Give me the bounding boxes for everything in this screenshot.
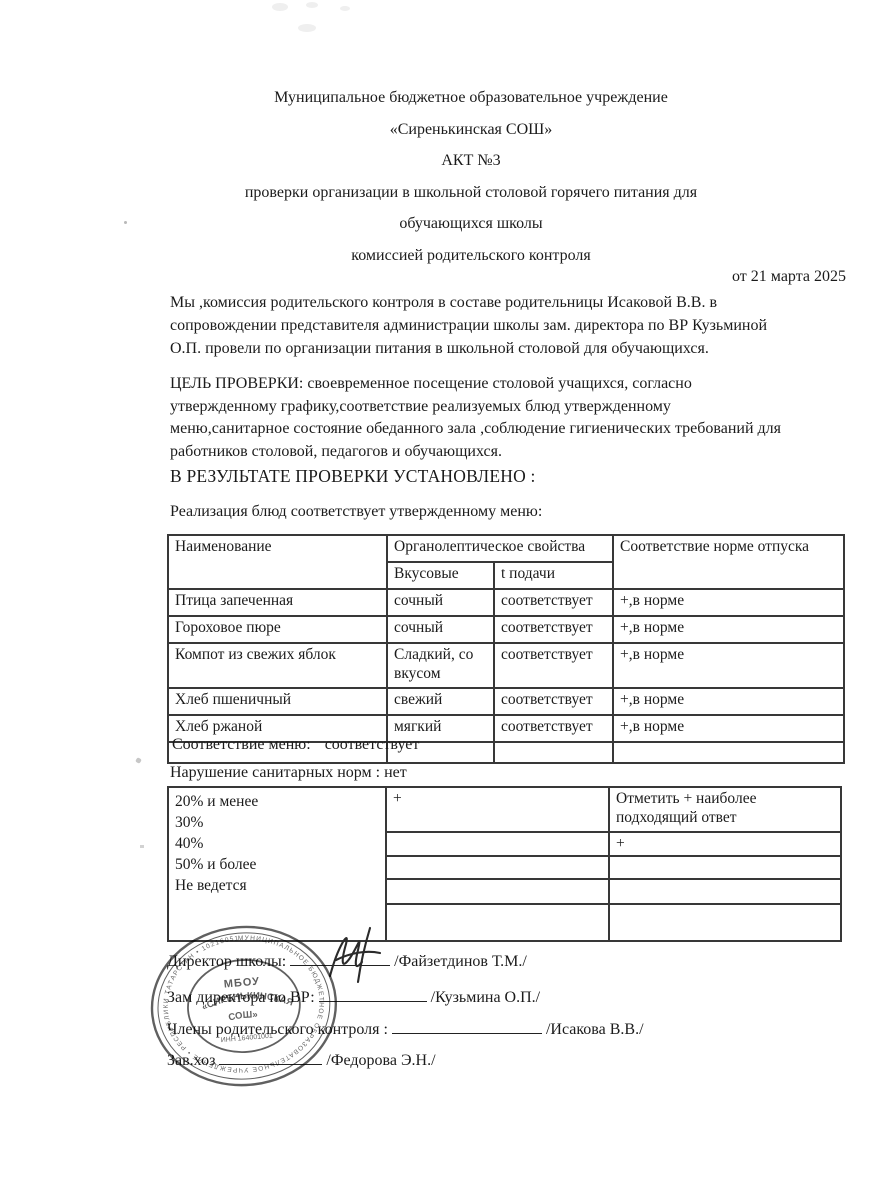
norm-cell: +,в норме — [613, 589, 844, 616]
scan-smudge — [272, 3, 288, 11]
school-name-line: «Сиренькинская СОШ» — [110, 114, 832, 146]
act-number-line: АКТ №3 — [110, 145, 832, 177]
signature-name: /Файзетдинов Т.М./ — [394, 953, 527, 970]
temp-cell — [494, 742, 613, 763]
mark-cell — [609, 904, 841, 941]
svg-text:СОШ»: СОШ» — [227, 1009, 258, 1024]
temp-cell: соответствует — [494, 616, 613, 643]
subject-line-2: обучающихся школы — [110, 208, 832, 240]
mark-cell — [609, 856, 841, 879]
menu-compliance-line: Соответствие меню:соответствует — [172, 736, 419, 754]
temp-cell: соответствует — [494, 688, 613, 715]
mark-cell — [386, 904, 609, 941]
intro-paragraph: Мы ,комиссия родительского контроля в со… — [170, 291, 848, 360]
subject-line-1: проверки организации в школьной столовой… — [110, 177, 832, 209]
table-row: Хлеб пшеничный свежий соответствует +,в … — [168, 688, 844, 715]
taste-cell: сочный — [387, 616, 494, 643]
column-header-temp: t подачи — [494, 562, 613, 589]
scan-speck — [135, 757, 142, 764]
column-header-name: Наименование — [168, 535, 387, 589]
sanitary-norms-line: Нарушение санитарных норм : нет — [170, 764, 407, 782]
dish-name-cell: Птица запеченная — [168, 589, 387, 616]
mark-cell — [609, 879, 841, 904]
scan-smudge — [306, 2, 318, 8]
table-row: Компот из свежих яблок Сладкий, со вкусо… — [168, 643, 844, 688]
document-page: Муниципальное бюджетное образовательное … — [0, 0, 872, 1200]
mark-cell: + — [386, 787, 609, 832]
document-header: Муниципальное бюджетное образовательное … — [110, 82, 832, 271]
taste-cell: Сладкий, со вкусом — [387, 643, 494, 688]
norm-cell — [613, 742, 844, 763]
norm-cell: +,в норме — [613, 688, 844, 715]
column-header-organoleptic: Органолептическое свойства — [387, 535, 613, 562]
result-heading: В РЕЗУЛЬТАТЕ ПРОВЕРКИ УСТАНОВЛЕНО : — [170, 466, 536, 487]
mark-cell — [386, 856, 609, 879]
goal-paragraph: ЦЕЛЬ ПРОВЕРКИ: своевременное посещение с… — [170, 373, 848, 463]
note-cell: Отметить + наиболее подходящий ответ — [609, 787, 841, 832]
meals-table: Наименование Органолептическое свойства … — [167, 534, 845, 764]
column-header-taste: Вкусовые — [387, 562, 494, 589]
signature-line — [392, 1018, 542, 1034]
dish-name-cell: Компот из свежих яблок — [168, 643, 387, 688]
mark-cell — [386, 879, 609, 904]
scan-speck — [140, 845, 144, 848]
mark-cell — [386, 832, 609, 856]
table-row: 20% и менее 30% 40% 50% и более Не ведет… — [168, 787, 841, 832]
menu-compliance-value: соответствует — [325, 736, 420, 753]
scan-smudge — [298, 24, 316, 32]
temp-cell: соответствует — [494, 643, 613, 688]
subject-line-3: комиссией родительского контроля — [110, 240, 832, 272]
meals-table-caption: Реализация блюд соответствует утвержденн… — [170, 503, 542, 521]
table-row: Гороховое пюре сочный соответствует +,в … — [168, 616, 844, 643]
menu-compliance-label: Соответствие меню: — [172, 736, 311, 753]
scan-smudge — [340, 6, 350, 11]
dish-name-cell: Гороховое пюре — [168, 616, 387, 643]
dish-name-cell: Хлеб пшеничный — [168, 688, 387, 715]
signature-name: /Кузьмина О.П./ — [431, 989, 540, 1006]
mark-cell: + — [609, 832, 841, 856]
date-line: от 21 марта 2025 — [732, 268, 846, 286]
signature-name: /Исакова В.В./ — [546, 1021, 644, 1038]
org-name-line: Муниципальное бюджетное образовательное … — [110, 82, 832, 114]
column-header-norm: Соответствие норме отпуска — [613, 535, 844, 589]
norm-cell: +,в норме — [613, 643, 844, 688]
norm-cell: +,в норме — [613, 616, 844, 643]
temp-cell: соответствует — [494, 715, 613, 742]
taste-cell: сочный — [387, 589, 494, 616]
round-stamp: МУНИЦИПАЛЬНОЕ БЮДЖЕТНОЕ ОБРАЗОВАТЕЛЬНОЕ … — [139, 914, 349, 1100]
table-row: Птица запеченная сочный соответствует +,… — [168, 589, 844, 616]
norm-cell: +,в норме — [613, 715, 844, 742]
stamp-center-line-4: ИНН 164001001 — [220, 1033, 273, 1045]
taste-cell: свежий — [387, 688, 494, 715]
stamp-center-line-3: СОШ» — [227, 1009, 258, 1024]
stamp-center-line-1: МБОУ — [223, 976, 260, 991]
temp-cell: соответствует — [494, 589, 613, 616]
